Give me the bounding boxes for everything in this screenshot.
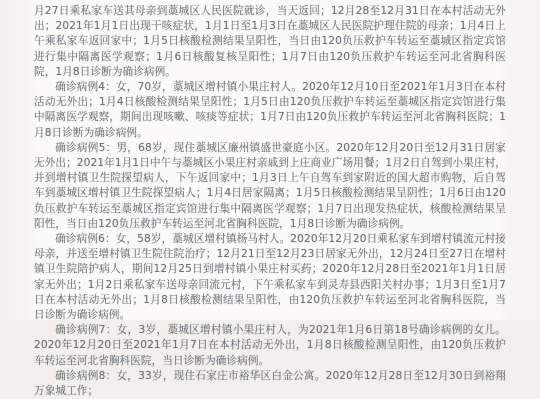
paragraph-case5: 确诊病例5：男，68岁，现住藁城区廉州镇盛世豪庭小区。2020年12月20日至1… (34, 141, 506, 232)
document-page: 月27日乘私家车送其母亲到藁城区人民医院就诊，当天返回；12月28至12月31日… (0, 0, 540, 320)
paragraph-case6: 确诊病例6：女，58岁，藁城区增村镇杨马村人。2020年12月20日乘私家车到增… (34, 232, 506, 320)
text-column: 月27日乘私家车送其母亲到藁城区人民医院就诊，当天返回；12月28至12月31日… (34, 4, 506, 320)
paragraph-case3-continuation: 月27日乘私家车送其母亲到藁城区人民医院就诊，当天返回；12月28至12月31日… (34, 4, 506, 80)
paragraph-case4: 确诊病例4：女，70岁，藁城区增村镇小果庄村人。2020年12月10日至2021… (34, 80, 506, 141)
